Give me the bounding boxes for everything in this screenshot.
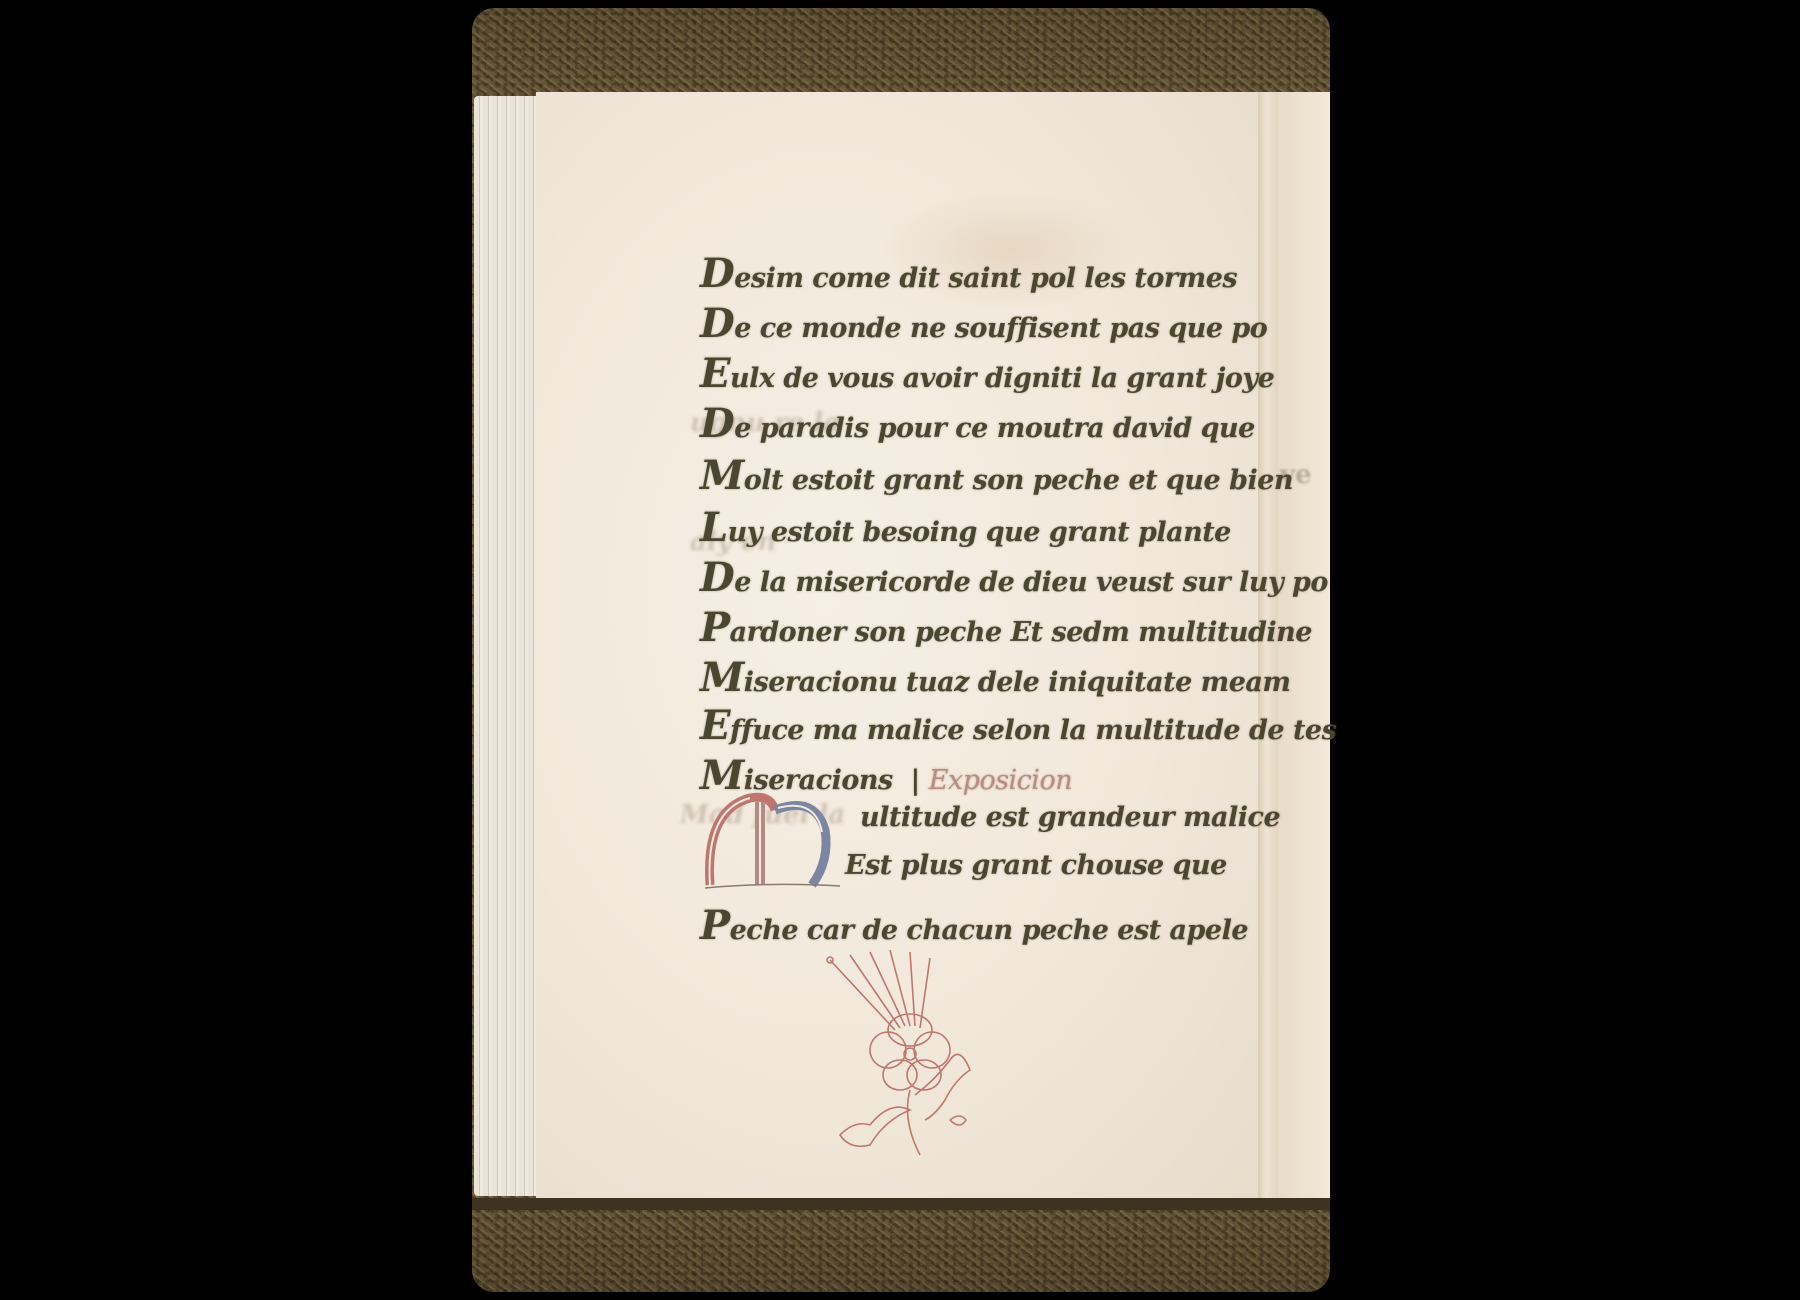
text-line: Pardoner son peche Et sedm multitudine (700, 604, 1312, 651)
line-text: e paradis pour ce moutra david que (734, 413, 1255, 444)
line-text: esim come dit saint pol les tormes (734, 263, 1237, 294)
line-text: uy estoit besoing que grant plante (728, 517, 1231, 548)
text-line: De paradis pour ce moutra david que (700, 400, 1255, 447)
text-line: Peche car de chacun peche est apele (700, 902, 1248, 949)
line-text: ffuce ma malice selon la multitude de te… (730, 715, 1336, 746)
line-text: ulx de vous avoir digniti la grant joye (730, 363, 1274, 394)
line-capital: M (700, 452, 744, 499)
text-line: De la misericorde de dieu veust sur luy … (700, 554, 1328, 601)
rubric-heading: Exposicion (929, 765, 1072, 796)
text-line: Desim come dit saint pol les tormes (700, 250, 1237, 297)
line-text: iseracionu tuaz dele iniquitate meam (744, 667, 1291, 698)
text-line: Miseracionu tuaz dele iniquitate meam (700, 654, 1290, 701)
line-capital: M (700, 654, 744, 701)
text-line: Effuce ma malice selon la multitude de t… (700, 702, 1336, 749)
floral-drawing (810, 950, 1010, 1160)
page-edges (474, 96, 544, 1196)
text-line: Est plus grant chouse que (845, 850, 1227, 881)
line-capital: L (700, 504, 728, 551)
text-line: De ce monde ne souffisent pas que po (700, 300, 1267, 347)
line-capital: P (700, 604, 730, 651)
line-capital: P (700, 902, 730, 949)
text-line: Luy estoit besoing que grant plante (700, 504, 1231, 551)
line-capital: D (700, 300, 734, 347)
line-capital: E (700, 350, 730, 397)
line-text: olt estoit grant son peche et que bien (744, 465, 1293, 496)
line-capital: E (700, 702, 730, 749)
line-text: e la misericorde de dieu veust sur luy p… (734, 567, 1328, 598)
line-capital: D (700, 554, 734, 601)
line-capital: D (700, 250, 734, 297)
line-text: ardoner son peche Et sedm multitudine (730, 617, 1312, 648)
text-line: Eulx de vous avoir digniti la grant joye (700, 350, 1274, 397)
line-text: ultitude est grandeur malice (860, 802, 1280, 833)
decorated-initial-m (700, 790, 850, 890)
line-capital: D (700, 400, 734, 447)
line-text: e ce monde ne souffisent pas que po (734, 313, 1267, 344)
line-text: eche car de chacun peche est apele (730, 915, 1248, 946)
line-text: Est plus grant chouse que (845, 850, 1227, 881)
cover-bottom-edge (472, 1198, 1330, 1210)
text-line: ultitude est grandeur malice (860, 802, 1280, 833)
text-line: Molt estoit grant son peche et que bien (700, 452, 1293, 499)
